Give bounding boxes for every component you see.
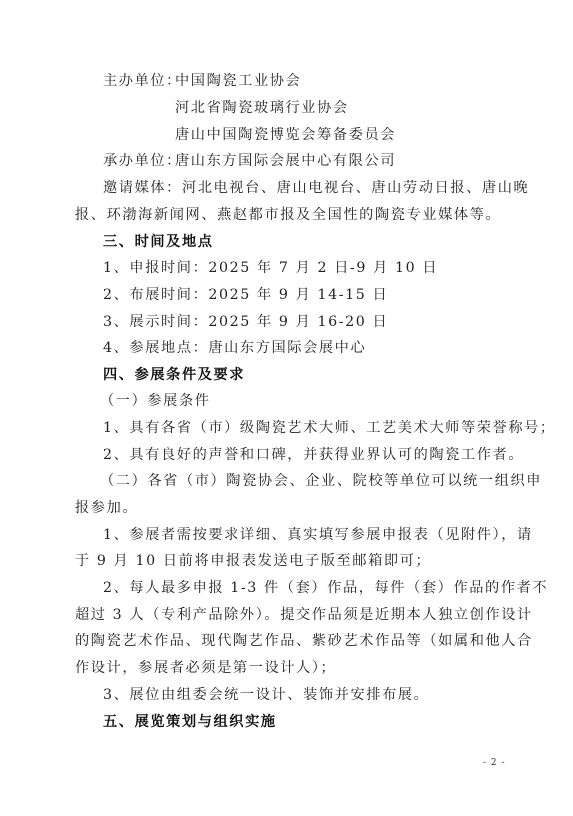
page-number: - 2 - <box>483 758 506 768</box>
requirement-3: 3、展位由组委会统一设计、装饰并安排布展。 <box>103 686 429 704</box>
requirement-2-line-3: 的陶瓷艺术作品、现代陶艺作品、紫砂艺术作品等（如属和他人合 <box>75 632 533 650</box>
condition-1: 1、具有各省（市）级陶瓷艺术大师、工艺美术大师等荣誉称号； <box>103 419 556 437</box>
sub-heading-1: （一）参展条件 <box>100 392 211 410</box>
section-4-heading: 四、参展条件及要求 <box>103 366 245 384</box>
undertaker: 唐山东方国际会展中心有限公司 <box>175 152 396 170</box>
condition-2: 2、具有良好的声誉和口碑，并获得业界认可的陶瓷工作者。 <box>103 446 524 464</box>
requirement-2-line-1: 2、每人最多申报 1-3 件（套）作品，每件（套）作品的作者不 <box>103 579 548 597</box>
time-item-4: 4、参展地点：唐山东方国际会展中心 <box>103 339 366 357</box>
time-item-2: 2、布展时间：2025 年 9 月 14-15 日 <box>103 286 388 304</box>
undertaker-label: 承办单位： <box>103 152 182 170</box>
media-line-1: 邀请媒体：河北电视台、唐山电视台、唐山劳动日报、唐山晚 <box>103 179 529 197</box>
time-item-1: 1、申报时间：2025 年 7 月 2 日-9 月 10 日 <box>103 259 438 277</box>
requirement-2-line-2: 超过 3 人（专利产品除外）。提交作品须是近期本人独立创作设计 <box>75 606 533 624</box>
host-2: 河北省陶瓷玻璃行业协会 <box>175 99 349 117</box>
section-3-heading: 三、时间及地点 <box>103 233 214 251</box>
section-5-heading: 五、展览策划与组织实施 <box>103 713 277 731</box>
requirement-2-line-4: 作设计，参展者必须是第一设计人）； <box>75 659 336 677</box>
time-item-3: 3、展示时间：2025 年 9 月 16-20 日 <box>103 313 388 331</box>
host-1: 中国陶瓷工业协会 <box>175 72 301 90</box>
sub-2-line-2: 报参加。 <box>75 499 138 517</box>
requirement-1-line-1: 1、参展者需按要求详细、真实填写参展申报表（见附件），请 <box>103 526 533 544</box>
requirement-1-line-2: 于 9 月 10 日前将申报表发送电子版至邮箱即可； <box>75 552 431 570</box>
sub-2-line-1: （二）各省（市）陶瓷协会、企业、院校等单位可以统一组织申 <box>100 472 542 490</box>
media-line-2: 报、环渤海新闻网、燕赵都市报及全国性的陶瓷专业媒体等。 <box>75 206 501 224</box>
host-label: 主办单位： <box>103 72 182 90</box>
host-3: 唐山中国陶瓷博览会筹备委员会 <box>175 126 396 144</box>
document-page: 主办单位： 中国陶瓷工业协会 河北省陶瓷玻璃行业协会 唐山中国陶瓷博览会筹备委员… <box>0 0 573 816</box>
